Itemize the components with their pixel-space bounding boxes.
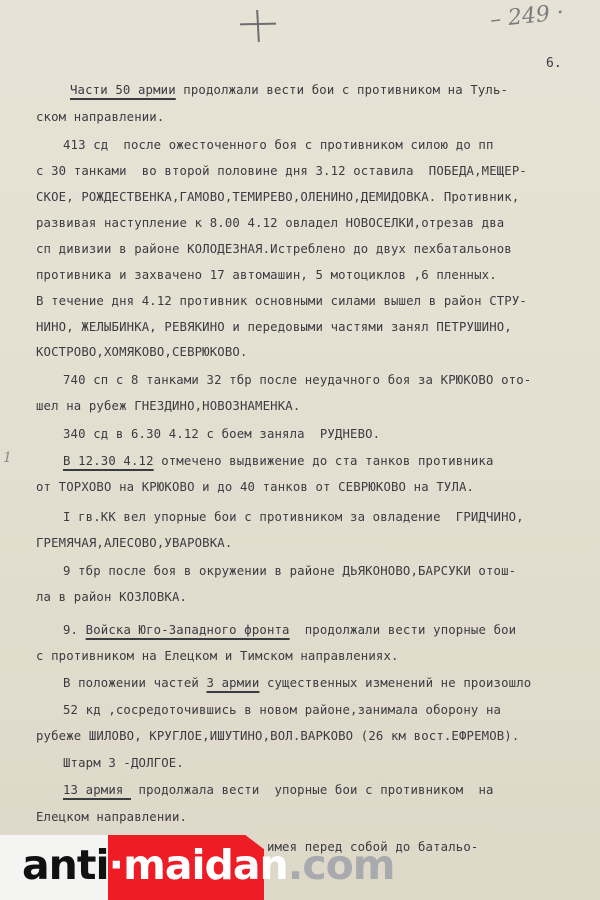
- watermark-com: .com: [288, 841, 395, 889]
- text-line: КОСТРОВО,ХОМЯКОВО,СЕВРЮКОВО.: [36, 345, 248, 359]
- text-run: от ТОРХОВО на КРЮКОВО и до 40 танков от …: [36, 480, 474, 494]
- text-line: рубеже ШИЛОВО, КРУГЛОЕ,ИШУТИНО,ВОЛ.ВАРКО…: [36, 729, 519, 743]
- text-run: с 30 танками во второй половине дня 3.12…: [36, 164, 527, 178]
- text-run: существенных изменений не произошло: [259, 676, 531, 690]
- watermark-anti: anti: [22, 841, 109, 889]
- text-line: развивая наступление к 8.00 4.12 овладел…: [36, 216, 504, 230]
- archive-number: – 249 ·: [489, 0, 565, 33]
- text-line: Елецком направлении.: [36, 810, 187, 824]
- text-run: продолжали вести упорные бои: [290, 623, 517, 637]
- watermark-text: anti·maidan.com: [22, 845, 395, 886]
- text-run: противника и захвачено 17 автомашин, 5 м…: [36, 268, 497, 282]
- text-run: В течение дня 4.12 противник основными с…: [36, 294, 527, 308]
- text-line: Штарм 3 -ДОЛГОЕ.: [63, 756, 184, 770]
- text-run: 9 тбр после боя в окружении в районе ДЬЯ…: [63, 564, 516, 578]
- text-line: В 12.30 4.12 отмечено выдвижение до ста …: [63, 454, 494, 468]
- text-run: Штарм 3 -ДОЛГОЕ.: [63, 756, 184, 770]
- text-line: с 30 танками во второй половине дня 3.12…: [36, 164, 527, 178]
- text-run: ла в район КОЗЛОВКА.: [36, 590, 187, 604]
- text-line: В течение дня 4.12 противник основными с…: [36, 294, 527, 308]
- watermark-separator: ·: [109, 841, 124, 889]
- page-number: 6.: [546, 56, 562, 71]
- text-line: 340 сд в 6.30 4.12 с боем заняла РУДНЕВО…: [63, 427, 380, 441]
- text-line: 413 сд после ожесточенного боя с противн…: [63, 138, 494, 152]
- text-run: отмечено выдвижение до ста танков против…: [154, 454, 494, 468]
- text-line: ском направлении.: [36, 110, 164, 124]
- document-page: – 249 · 6. 1 Части 50 армии продолжали в…: [0, 0, 600, 900]
- underlined-text: 3 армии: [207, 676, 260, 690]
- text-run: ГРЕМЯЧАЯ,АЛЕСОВО,УВАРОВКА.: [36, 536, 232, 550]
- text-run: 740 сп с 8 танками 32 тбр после неудачно…: [63, 373, 531, 387]
- text-run: 340 сд в 6.30 4.12 с боем заняла РУДНЕВО…: [63, 427, 380, 441]
- text-line: сп дивизии в районе КОЛОДЕЗНАЯ.Истреблен…: [36, 242, 512, 256]
- text-line: 9. Войска Юго-Западного фронта продолжал…: [63, 623, 516, 637]
- text-line: Части 50 армии продолжали вести бои с пр…: [70, 83, 508, 97]
- text-line: 52 кд ,сосредоточившись в новом районе,з…: [63, 703, 501, 717]
- text-run: 413 сд после ожесточенного боя с противн…: [63, 138, 494, 152]
- underlined-text: В 12.30 4.12: [63, 454, 154, 468]
- text-run: сп дивизии в районе КОЛОДЕЗНАЯ.Истреблен…: [36, 242, 512, 256]
- text-run: СКОЕ, РОЖДЕСТВЕНКА,ГАМОВО,ТЕМИРЕВО,ОЛЕНИ…: [36, 190, 519, 204]
- text-run: развивая наступление к 8.00 4.12 овладел…: [36, 216, 504, 230]
- underlined-text: Войска Юго-Западного фронта: [86, 623, 290, 637]
- text-run: I гв.КК вел упорные бои с противником за…: [63, 510, 524, 524]
- margin-annotation: 1: [3, 450, 12, 466]
- cross-mark-icon: [240, 10, 276, 46]
- watermark-maidan: maidan: [123, 841, 288, 889]
- text-run: продолжала вести упорные бои с противник…: [131, 783, 494, 797]
- text-run: Елецком направлении.: [36, 810, 187, 824]
- text-run: КОСТРОВО,ХОМЯКОВО,СЕВРЮКОВО.: [36, 345, 248, 359]
- text-line: шел на рубеж ГНЕЗДИНО,НОВОЗНАМЕНКА.: [36, 399, 300, 413]
- text-line: 13 армия продолжала вести упорные бои с …: [63, 783, 494, 797]
- text-run: ском направлении.: [36, 110, 164, 124]
- text-run: рубеже ШИЛОВО, КРУГЛОЕ,ИШУТИНО,ВОЛ.ВАРКО…: [36, 729, 519, 743]
- text-line: противника и захвачено 17 автомашин, 5 м…: [36, 268, 497, 282]
- underlined-text: 13 армия: [63, 783, 131, 797]
- text-line: с противником на Елецком и Тимском напра…: [36, 649, 399, 663]
- text-run: продолжали вести бои с противником на Ту…: [176, 83, 508, 97]
- text-line: ла в район КОЗЛОВКА.: [36, 590, 187, 604]
- text-line: В положении частей 3 армии существенных …: [63, 676, 531, 690]
- text-line: СКОЕ, РОЖДЕСТВЕНКА,ГАМОВО,ТЕМИРЕВО,ОЛЕНИ…: [36, 190, 519, 204]
- text-run: НИНО, ЖЕЛЫБИНКА, РЕВЯКИНО и передовыми ч…: [36, 320, 512, 334]
- text-run: В положении частей: [63, 676, 207, 690]
- watermark-logo: anti·maidan.com: [0, 835, 600, 900]
- underlined-text: Части 50 армии: [70, 83, 176, 97]
- text-run: шел на рубеж ГНЕЗДИНО,НОВОЗНАМЕНКА.: [36, 399, 300, 413]
- text-line: НИНО, ЖЕЛЫБИНКА, РЕВЯКИНО и передовыми ч…: [36, 320, 512, 334]
- text-line: 9 тбр после боя в окружении в районе ДЬЯ…: [63, 564, 516, 578]
- text-run: 9.: [63, 623, 86, 637]
- text-line: ГРЕМЯЧАЯ,АЛЕСОВО,УВАРОВКА.: [36, 536, 232, 550]
- text-line: от ТОРХОВО на КРЮКОВО и до 40 танков от …: [36, 480, 474, 494]
- text-line: I гв.КК вел упорные бои с противником за…: [63, 510, 524, 524]
- text-run: 52 кд ,сосредоточившись в новом районе,з…: [63, 703, 501, 717]
- text-run: с противником на Елецком и Тимском напра…: [36, 649, 399, 663]
- text-line: 740 сп с 8 танками 32 тбр после неудачно…: [63, 373, 531, 387]
